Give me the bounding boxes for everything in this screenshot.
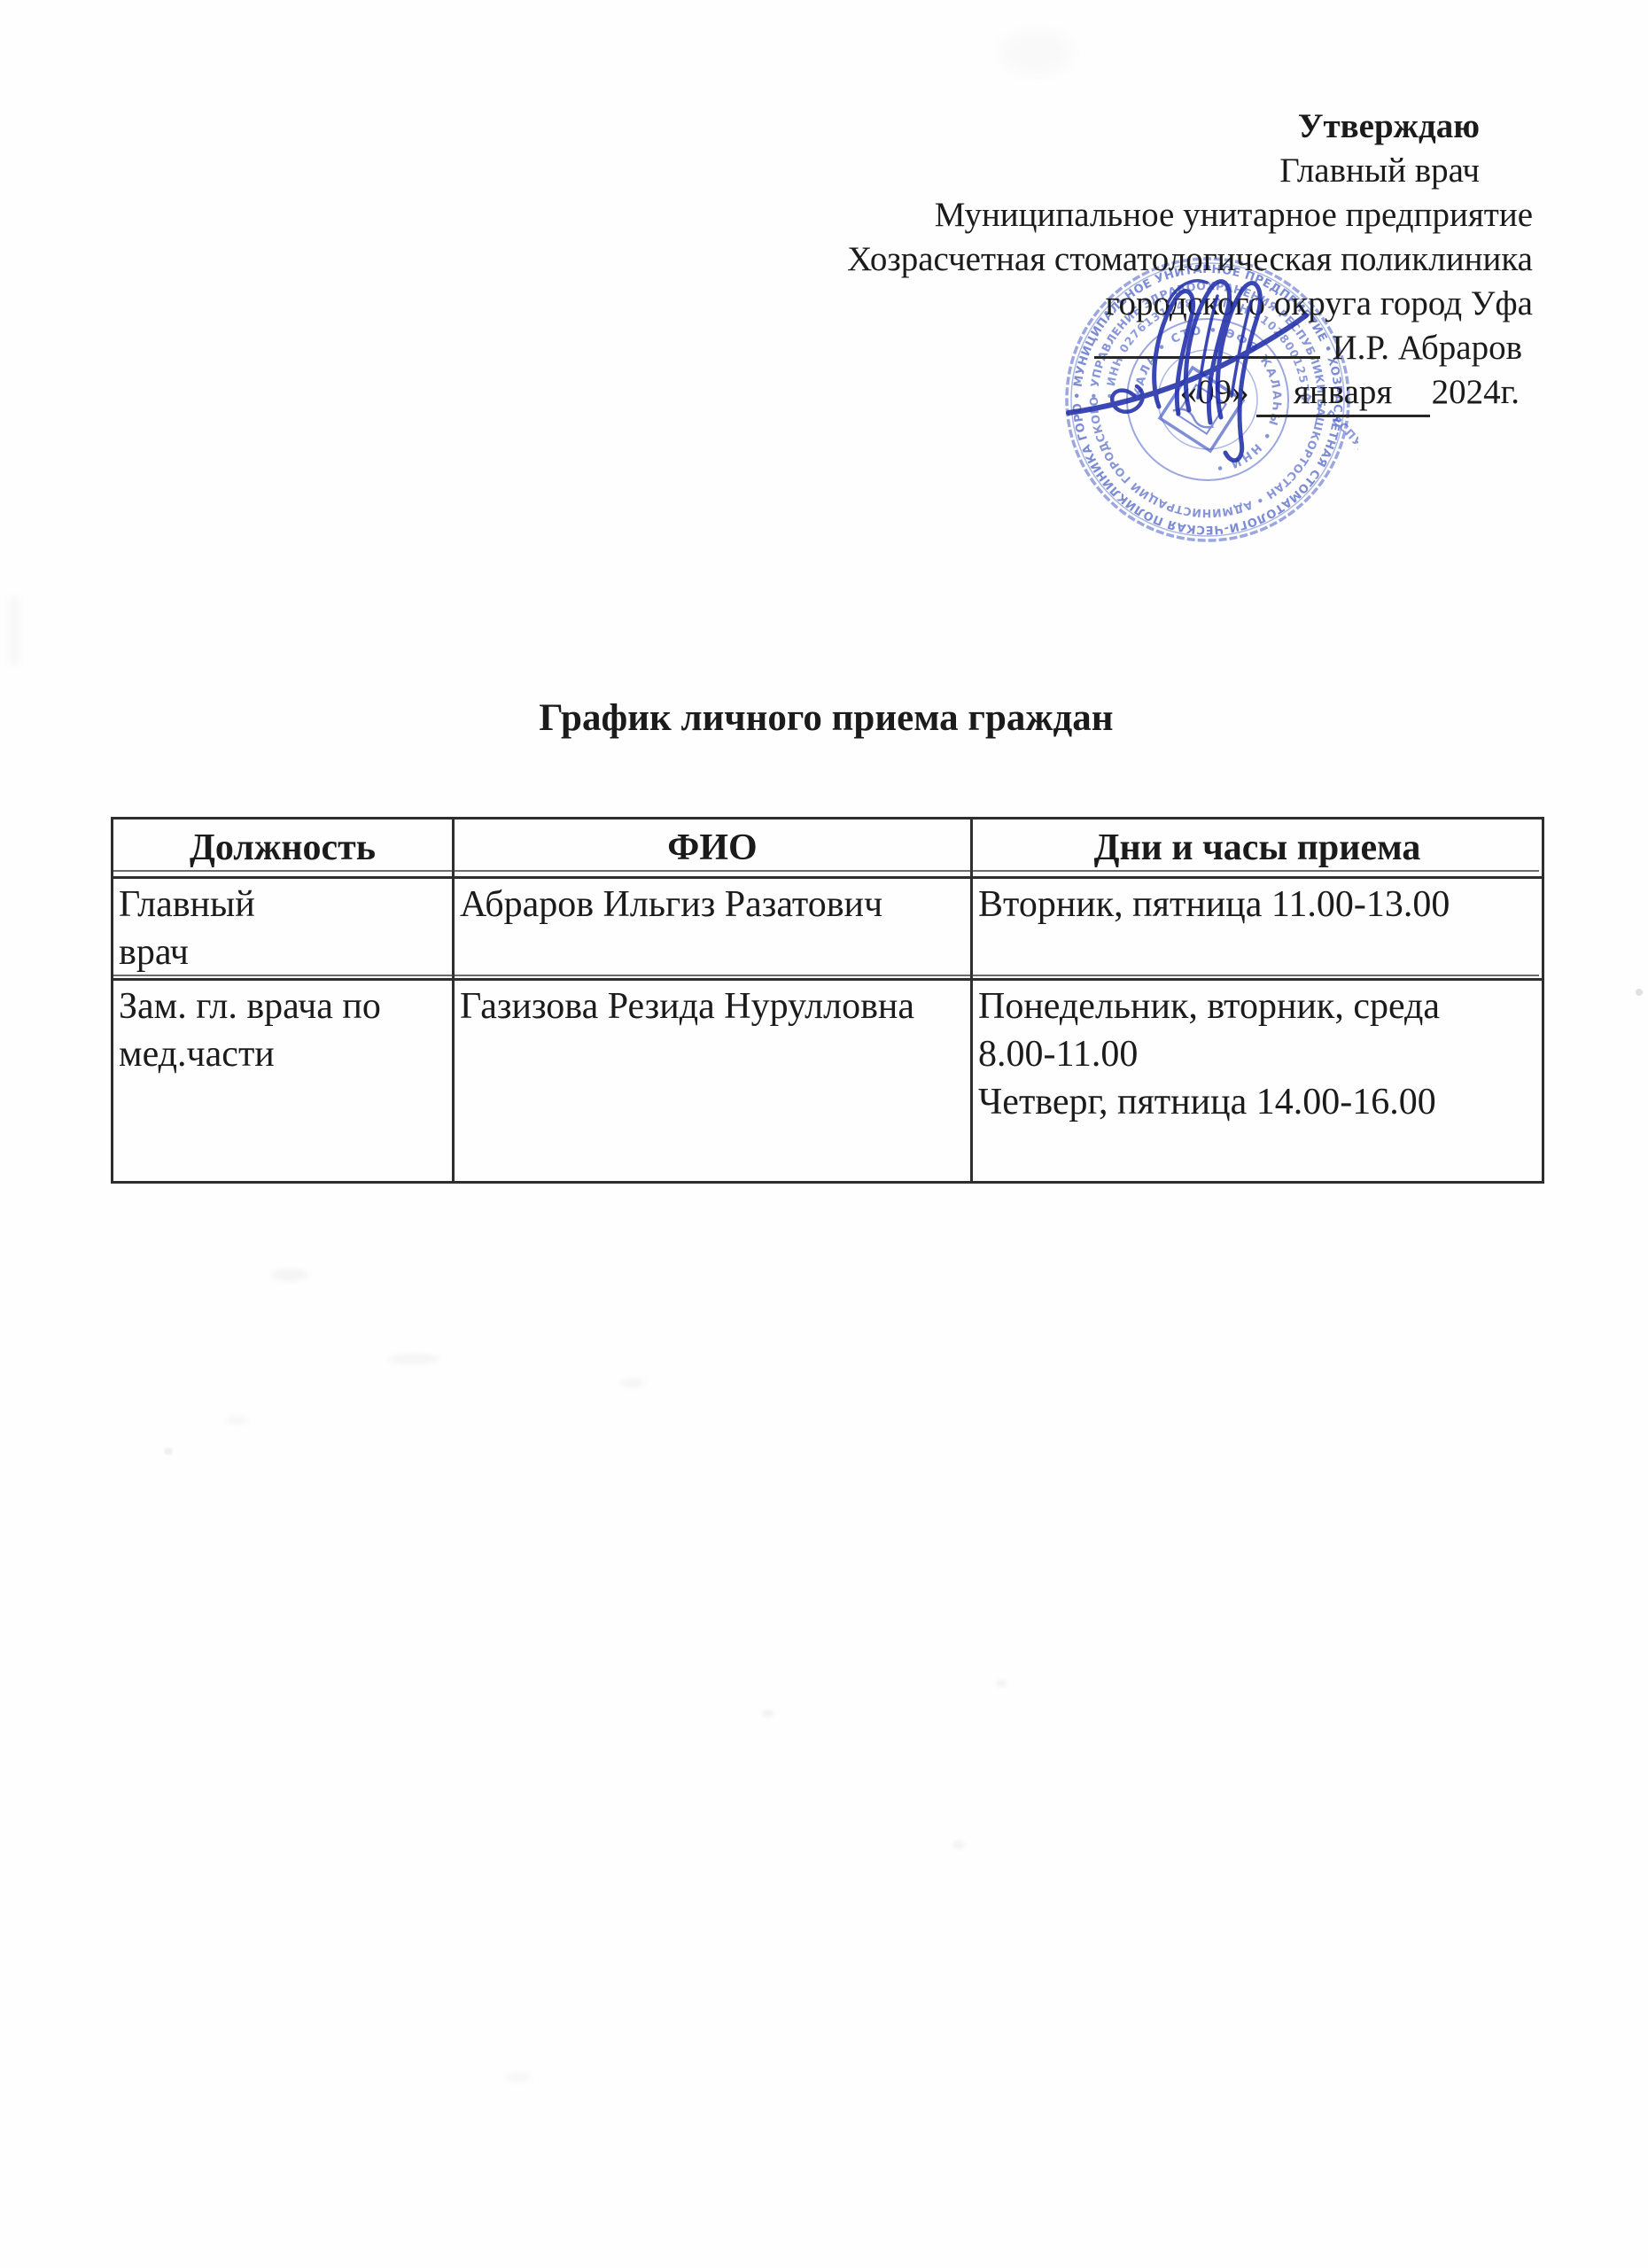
header-position: Должность [113, 819, 454, 878]
cell-schedule: Понедельник, вторник, среда 8.00-11.00 Ч… [972, 980, 1543, 1183]
org-name-line-3: городского округа город Уфа [847, 282, 1533, 326]
scan-artifact [388, 1354, 439, 1364]
date-day: «09» [1180, 373, 1249, 411]
org-name-line-2: Хозрасчетная стоматологическая поликлини… [847, 237, 1533, 282]
approver-role: Главный врач [847, 149, 1533, 193]
approve-label: Утверждаю [847, 105, 1533, 149]
scan-artifact [1636, 989, 1643, 996]
scan-artifact [164, 1448, 173, 1455]
scan-double-line [113, 975, 1539, 976]
scan-artifact [505, 2073, 532, 2082]
signee-name: И.Р. Абраров [1333, 329, 1522, 367]
cell-position: Главный врач [113, 878, 454, 980]
document-title: График личного приема граждан [111, 696, 1542, 740]
scan-artifact [1001, 30, 1072, 74]
header-fio: ФИО [454, 819, 972, 878]
scan-artifact [620, 1379, 645, 1387]
table-row: Зам. гл. врача по мед.части Газизова Рез… [113, 980, 1543, 1183]
scan-artifact [271, 1269, 308, 1281]
scanned-document-page: • МУНИЦИПАЛЬНОЕ УНИТАРНОЕ ПРЕДПРИЯТИЕ • … [0, 0, 1648, 2268]
scan-double-line [113, 870, 1539, 872]
signature-underline [1094, 354, 1320, 359]
cell-schedule: Вторник, пятница 11.00-13.00 [972, 878, 1543, 980]
org-name-line-1: Муниципальное унитарное предприятие [847, 193, 1533, 237]
approval-block: Утверждаю Главный врач Муниципальное уни… [847, 105, 1533, 417]
scan-artifact [9, 595, 19, 666]
table-row: Главный врач Абраров Ильгиз Разатович Вт… [113, 878, 1543, 980]
header-days-hours: Дни и часы приема [972, 819, 1543, 878]
date-year: 2024г. [1432, 373, 1520, 411]
schedule-table: Должность ФИО Дни и часы приема Главный … [111, 817, 1544, 1184]
date-month: января [1256, 370, 1430, 417]
scan-artifact [996, 1680, 1007, 1687]
schedule-table-wrap: Должность ФИО Дни и часы приема Главный … [111, 817, 1542, 1184]
cell-fio: Газизова Резида Нурулловна [454, 980, 972, 1183]
scan-artifact [762, 1710, 774, 1717]
scan-artifact [226, 1416, 247, 1425]
signature-line: И.Р. Абраров [847, 326, 1533, 370]
scan-artifact [952, 1841, 965, 1849]
date-line: «09»января2024г. [847, 370, 1533, 417]
cell-fio: Абраров Ильгиз Разатович [454, 878, 972, 980]
cell-position: Зам. гл. врача по мед.части [113, 980, 454, 1183]
table-header-row: Должность ФИО Дни и часы приема [113, 819, 1543, 878]
